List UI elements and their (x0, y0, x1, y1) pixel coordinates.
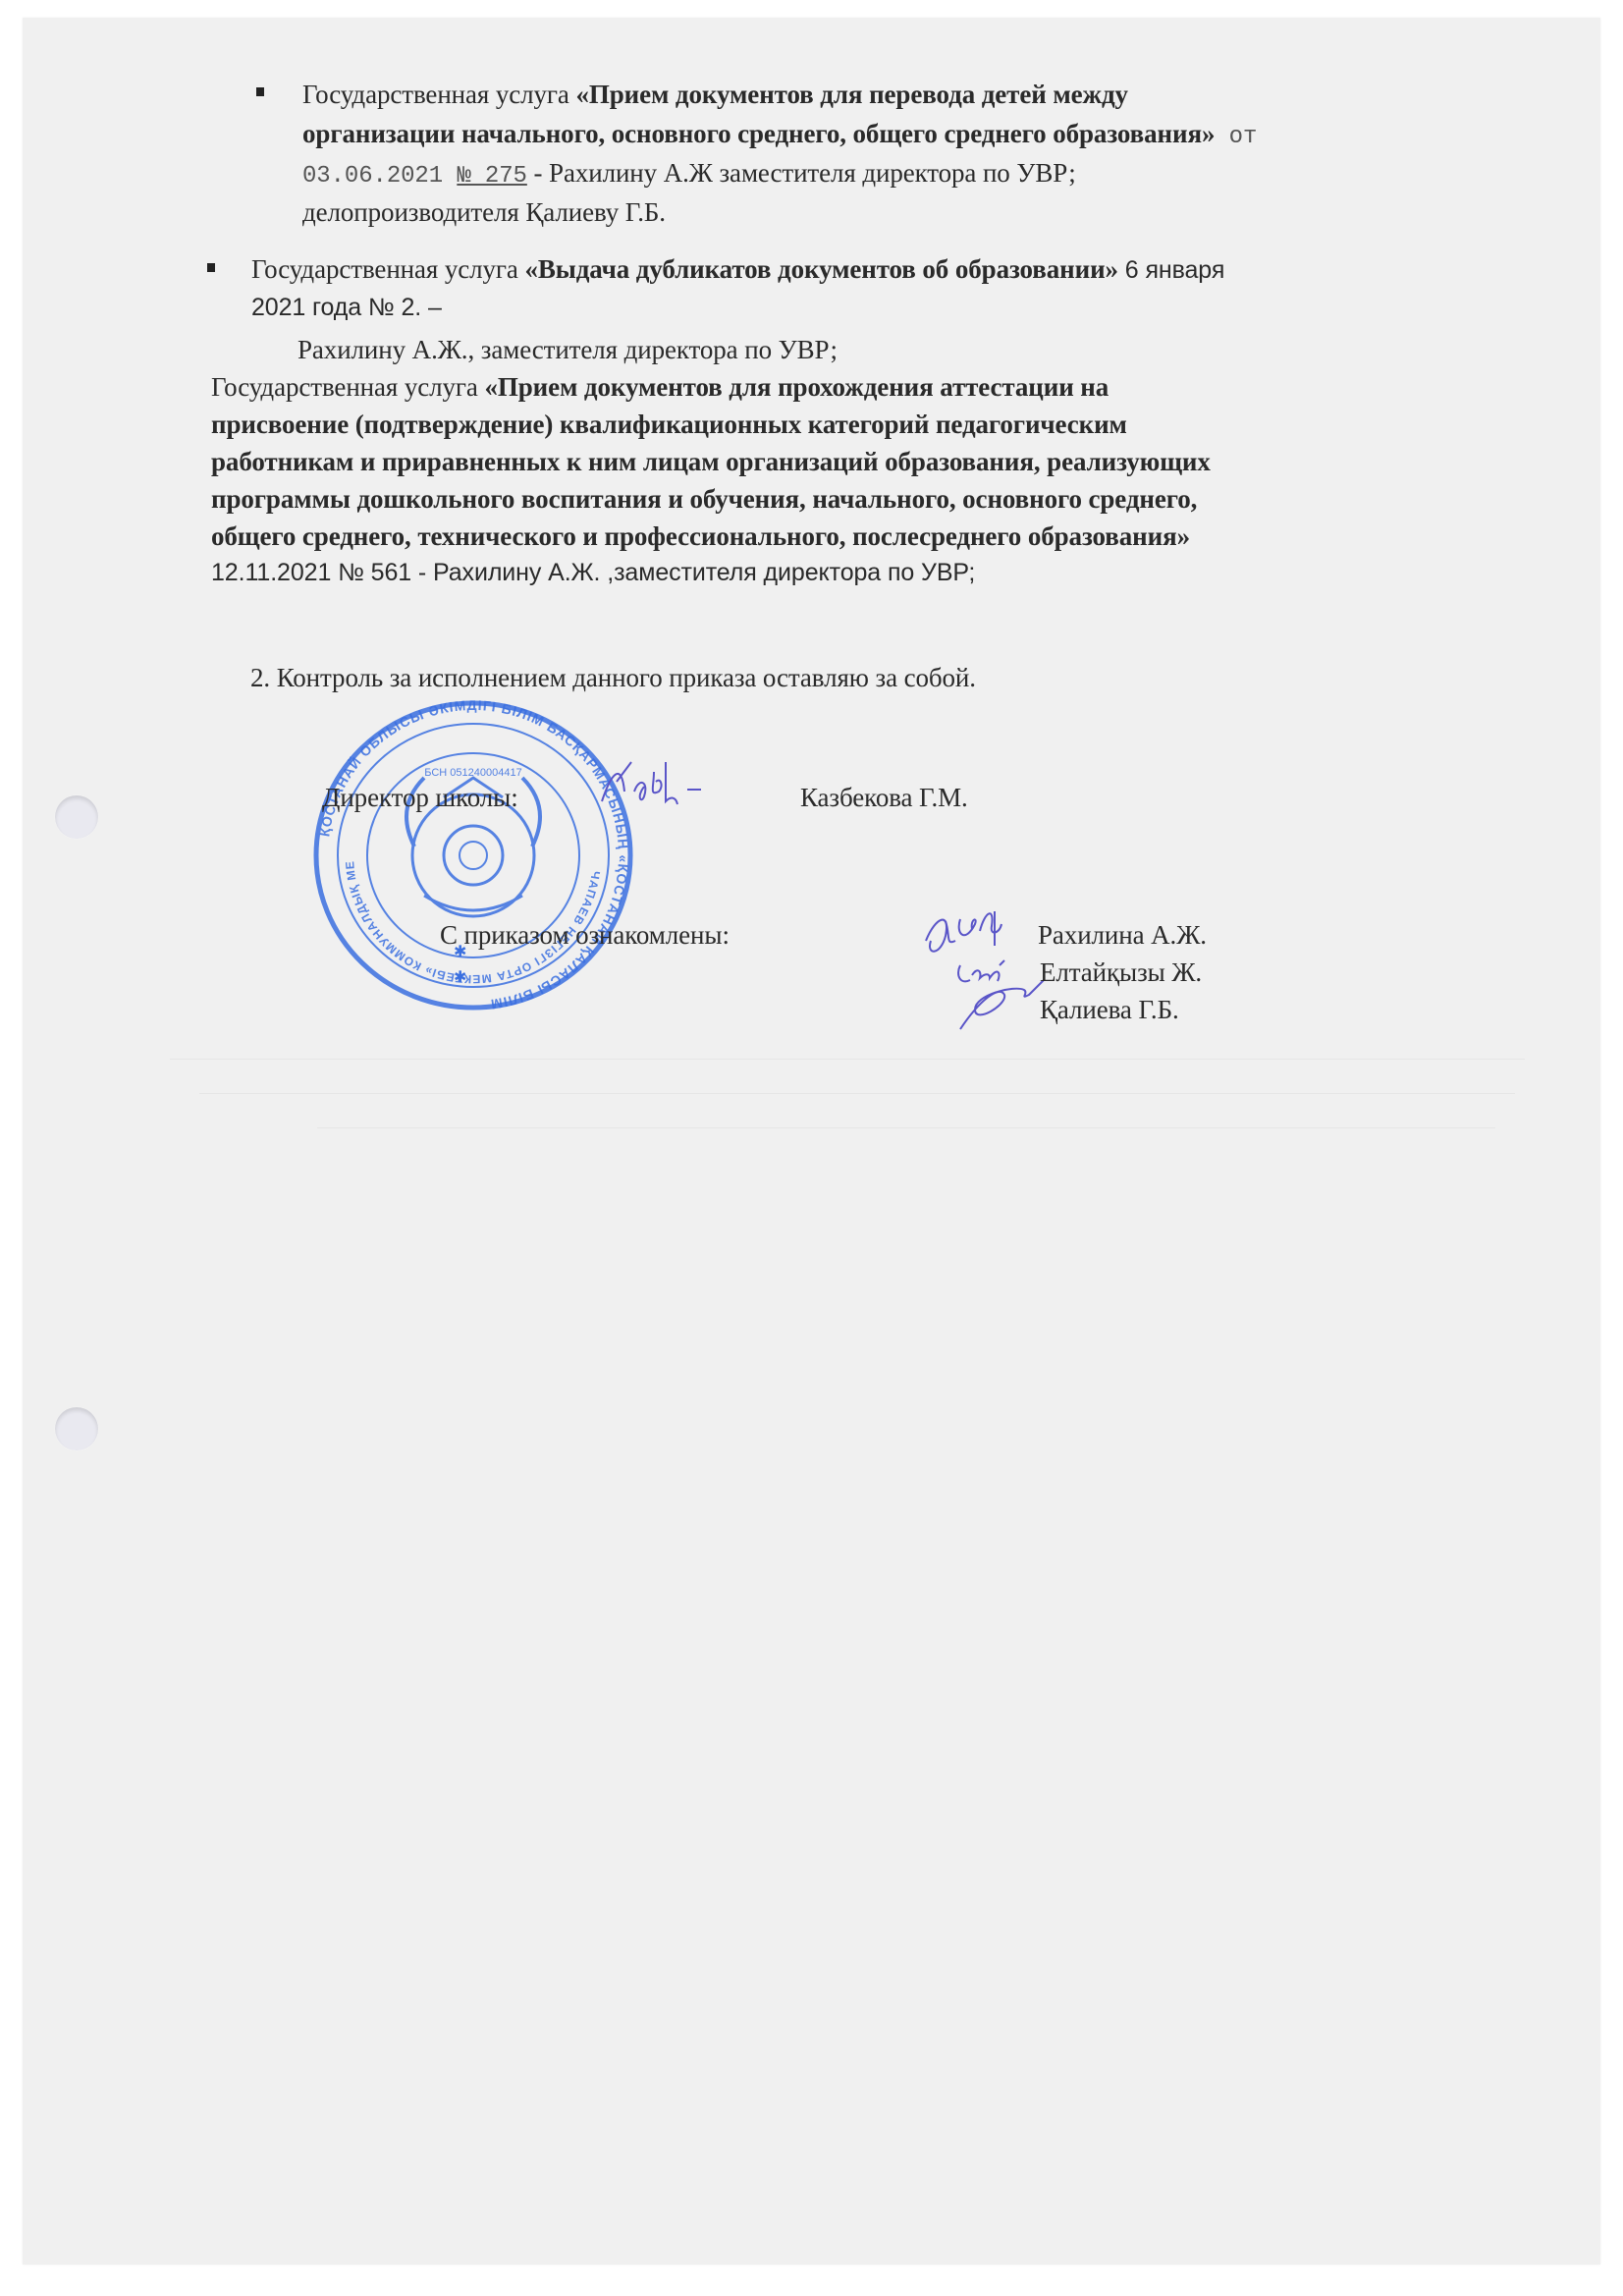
service-title: организации начального, основного средне… (302, 119, 1215, 148)
item3-line5: общего среднего, технического и професси… (211, 519, 1190, 554)
punch-hole (55, 795, 98, 839)
service-title: программы дошкольного воспитания и обуче… (211, 484, 1197, 514)
service-title: общего среднего, технического и професси… (211, 521, 1190, 551)
bleed-through-line (199, 1093, 1515, 1094)
text-run: Рахилину А.Ж., заместителя директора по … (298, 335, 838, 364)
item3-line2: присвоение (подтверждение) квалификацион… (211, 407, 1127, 442)
bleed-through-line (317, 1127, 1495, 1128)
acknowledged-name: Елтайқызы Ж. (1040, 955, 1202, 990)
order-date: 6 января (1118, 256, 1224, 284)
item1-line4: делопроизводителя Қалиеву Г.Б. (302, 194, 666, 230)
acknowledged-name: Рахилина А.Ж. (1038, 917, 1207, 953)
service-title: «Прием документов для перевода детей меж… (575, 80, 1128, 109)
acknowledged-name: Қалиева Г.Б. (1040, 992, 1179, 1027)
bleed-through-line (170, 1059, 1525, 1060)
service-title: «Прием документов для прохождения аттест… (484, 372, 1109, 402)
text-run: Государственная услуга (251, 254, 524, 284)
text-run: от (1215, 124, 1257, 150)
order-date: 03.06.2021 (302, 163, 457, 190)
text-run: - Рахилину А.Ж заместителя директора по … (527, 158, 1076, 188)
bullet-icon (256, 87, 264, 96)
item2-line3: Рахилину А.Ж., заместителя директора по … (298, 332, 838, 367)
control-clause: 2. Контроль за исполнением данного прика… (250, 660, 976, 695)
text-run: Государственная услуга (211, 372, 484, 402)
svg-text:✱: ✱ (454, 969, 466, 986)
director-name: Казбекова Г.М. (800, 780, 968, 815)
acknowledged-label: С приказом ознакомлены: (440, 917, 730, 953)
service-title: работникам и приравненных к ним лицам ор… (211, 447, 1211, 476)
item1-line3: 03.06.2021 № 275 - Рахилину А.Ж заместит… (302, 155, 1076, 194)
official-seal-icon: ҚОСТАНАЙ ОБЛЫСЫ ӘКІМДІГІ БІЛІМ БАСҚАРМАС… (306, 699, 640, 1011)
item1-line2: организации начального, основного средне… (302, 116, 1257, 155)
punch-hole (55, 1407, 98, 1450)
svg-text:БСН 051240004417: БСН 051240004417 (424, 767, 521, 779)
text-run: Государственная услуга (302, 80, 575, 109)
text-run: делопроизводителя Қалиеву Г.Б. (302, 197, 666, 227)
order-number: 2021 года № 2. – (251, 294, 442, 321)
item3-line1: Государственная услуга «Прием документов… (211, 369, 1109, 405)
item2-line1: Государственная услуга «Выдача дубликато… (251, 251, 1224, 288)
director-label: Директор школы: (322, 780, 518, 815)
item3-line4: программы дошкольного воспитания и обуче… (211, 481, 1197, 517)
service-title: присвоение (подтверждение) квалификацион… (211, 410, 1127, 439)
service-title: «Выдача дубликатов документов об образов… (524, 254, 1118, 284)
item3-line3: работникам и приравненных к ним лицам ор… (211, 444, 1211, 479)
document-page: Государственная услуга «Прием документов… (23, 18, 1600, 2265)
bullet-icon (207, 263, 215, 272)
order-reference: 12.11.2021 № 561 - Рахилину А.Ж. ,замест… (211, 559, 975, 586)
item3-line6: 12.11.2021 № 561 - Рахилину А.Ж. ,замест… (211, 554, 975, 590)
director-signature-icon (597, 752, 705, 821)
item2-line2: 2021 года № 2. – (251, 289, 442, 325)
order-number: № 275 (457, 163, 527, 190)
item1-line1: Государственная услуга «Прием документов… (302, 77, 1128, 112)
